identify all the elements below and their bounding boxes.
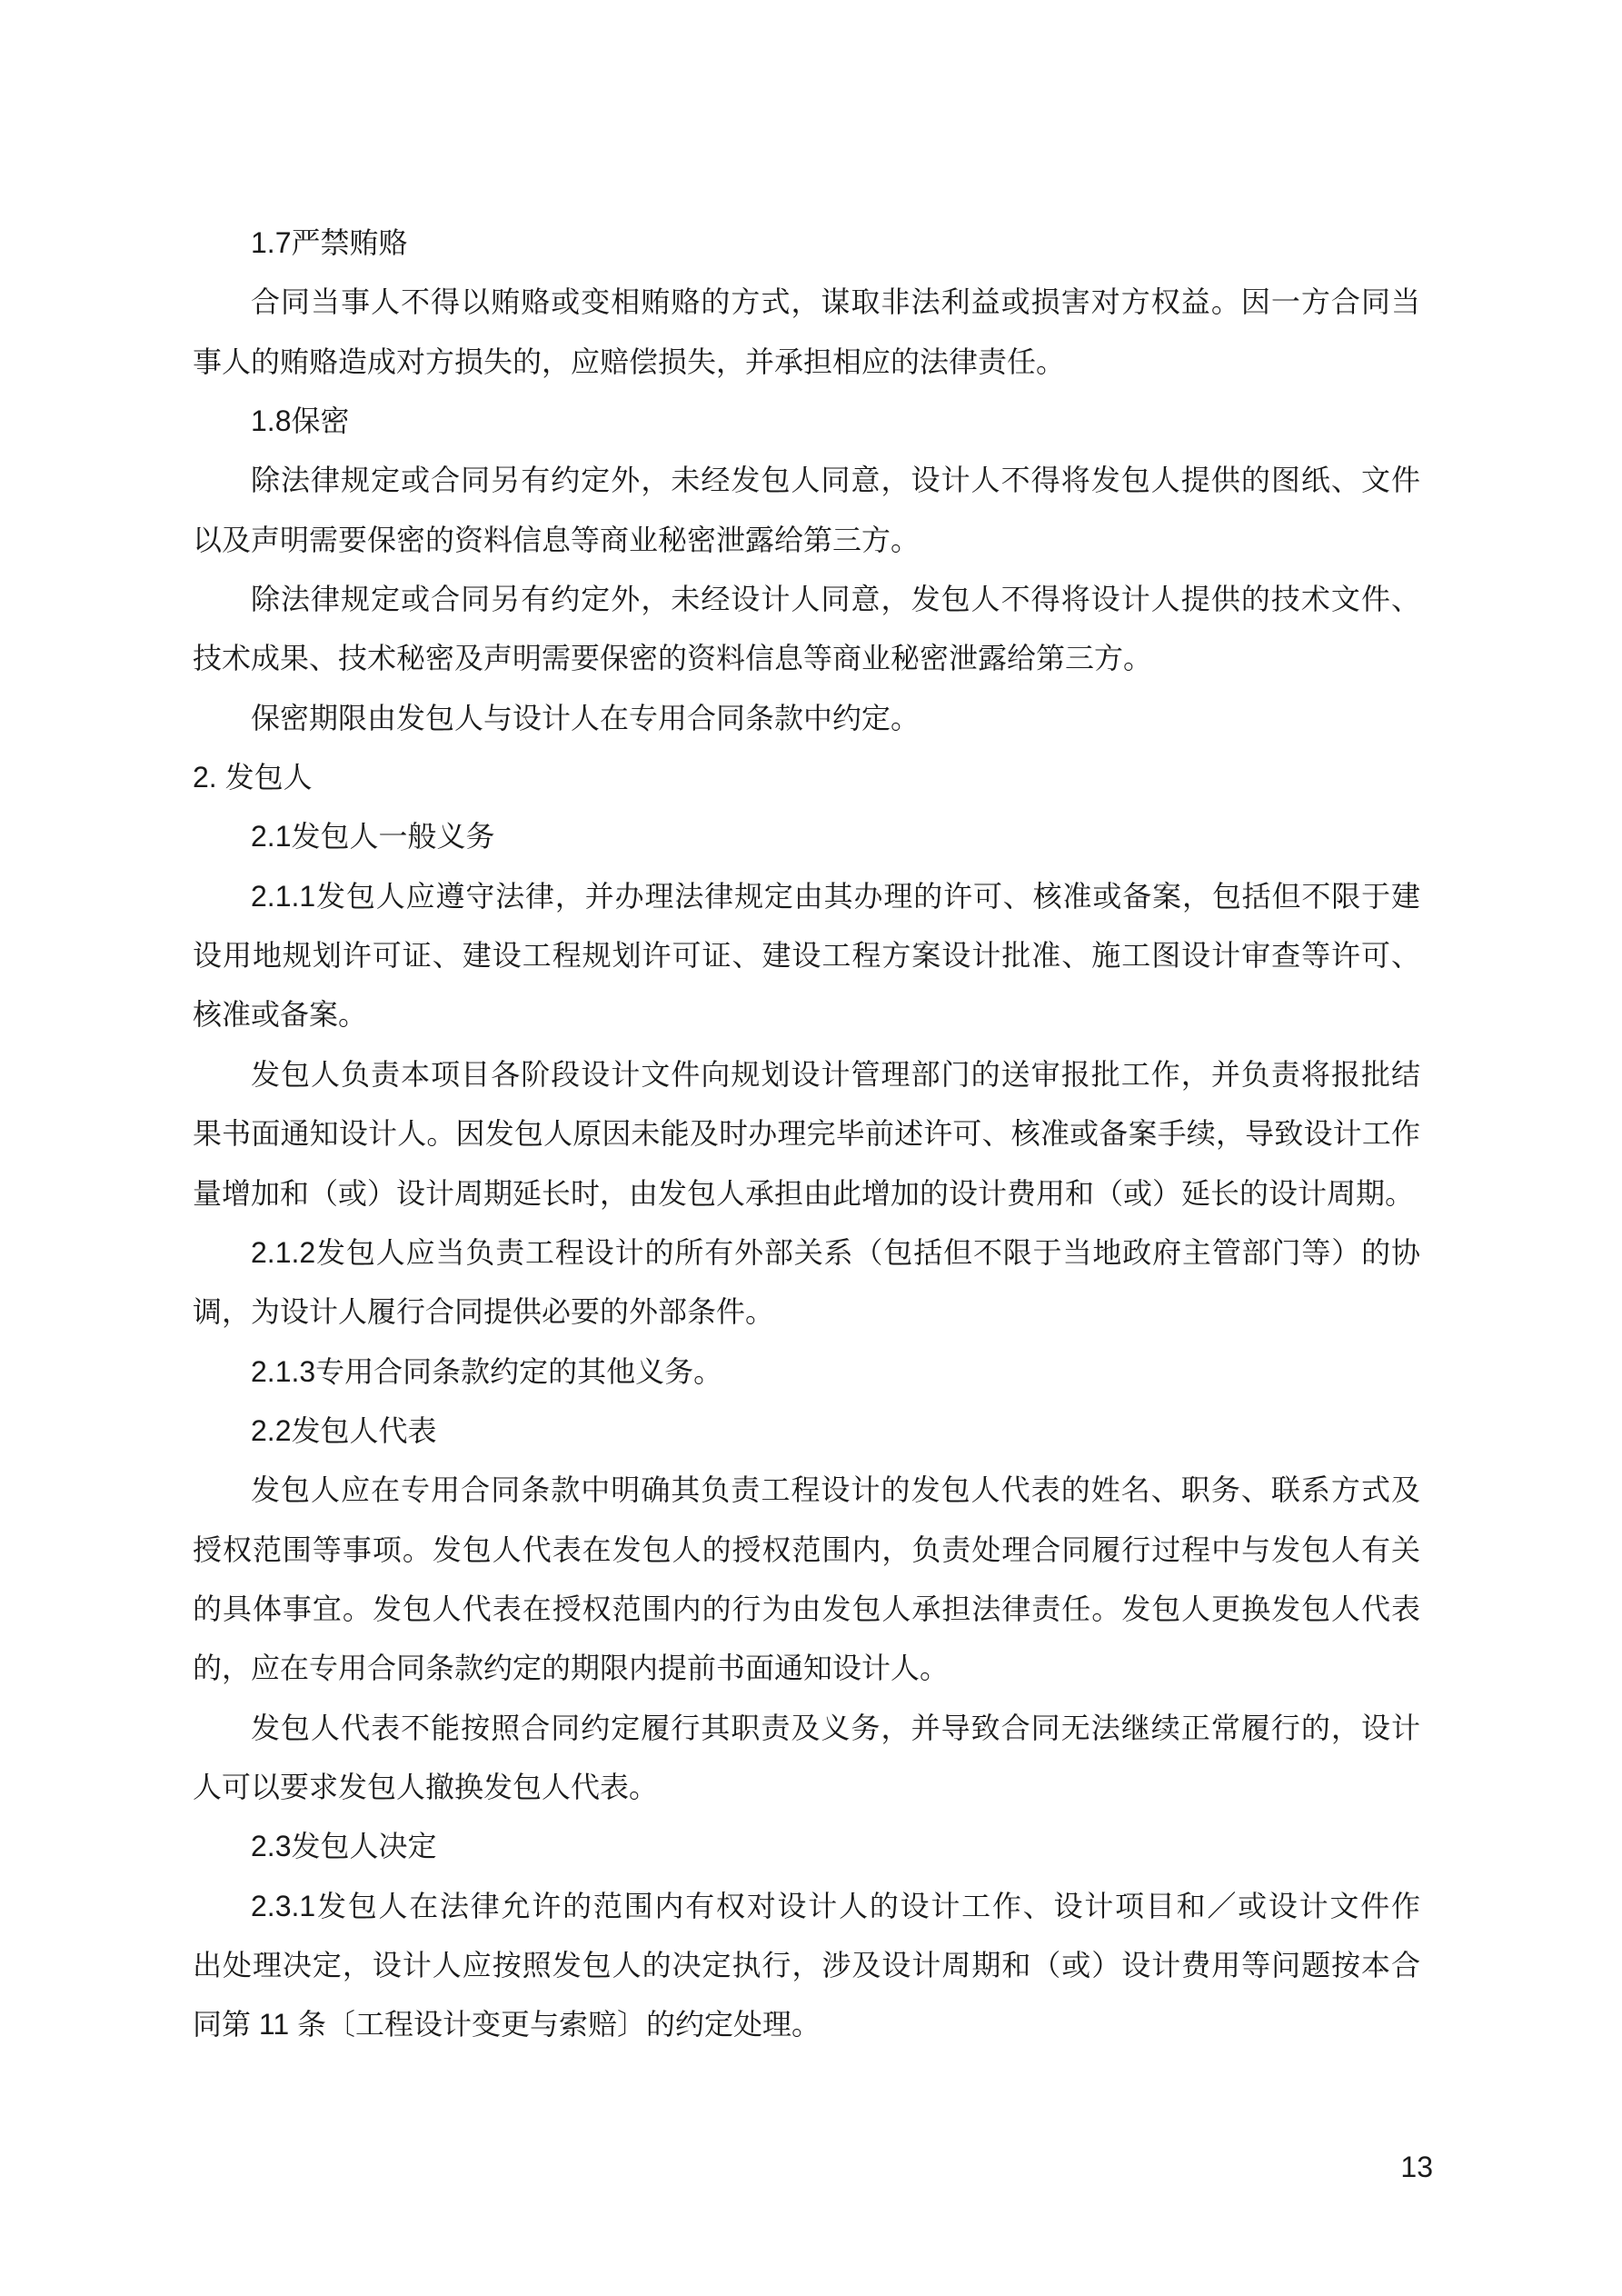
text-line: 果书面通知设计人。因发包人原因未能及时办理完毕前述许可、核准或备案手续，导致设计…	[193, 1104, 1420, 1163]
text-line: 事人的贿赂造成对方损失的，应赔偿损失，并承担相应的法律责任。	[193, 333, 1420, 392]
text-line: 2.3发包人决定	[193, 1817, 1420, 1876]
text-line: 技术成果、技术秘密及声明需要保密的资料信息等商业秘密泄露给第三方。	[193, 629, 1420, 688]
text-line: 2.1.2发包人应当负责工程设计的所有外部关系（包括但不限于当地政府主管部门等）…	[193, 1223, 1420, 1283]
text-line: 2.2发包人代表	[193, 1402, 1420, 1461]
text-line: 2.3.1发包人在法律允许的范围内有权对设计人的设计工作、设计项目和／或设计文件…	[193, 1877, 1420, 1936]
text-line: 调，为设计人履行合同提供必要的外部条件。	[193, 1283, 1420, 1342]
text-line: 以及声明需要保密的资料信息等商业秘密泄露给第三方。	[193, 511, 1420, 570]
page-number: 13	[193, 2147, 1433, 2187]
text-line: 核准或备案。	[193, 985, 1420, 1044]
text-line: 2.1.3专用合同条款约定的其他义务。	[193, 1343, 1420, 1402]
text-line: 的具体事宜。发包人代表在授权范围内的行为由发包人承担法律责任。发包人更换发包人代…	[193, 1580, 1420, 1639]
text-line: 发包人负责本项目各阶段设计文件向规划设计管理部门的送审报批工作，并负责将报批结	[193, 1045, 1420, 1104]
text-line: 出处理决定，设计人应按照发包人的决定执行，涉及设计周期和（或）设计费用等问题按本…	[193, 1936, 1420, 1995]
document-page: 1.7严禁贿赂合同当事人不得以贿赂或变相贿赂的方式，谋取非法利益或损害对方权益。…	[0, 0, 1622, 2296]
text-line: 授权范围等事项。发包人代表在发包人的授权范围内，负责处理合同履行过程中与发包人有…	[193, 1521, 1420, 1580]
text-line: 人可以要求发包人撤换发包人代表。	[193, 1758, 1420, 1817]
text-line: 除法律规定或合同另有约定外，未经发包人同意，设计人不得将发包人提供的图纸、文件	[193, 451, 1420, 510]
document-body: 1.7严禁贿赂合同当事人不得以贿赂或变相贿赂的方式，谋取非法利益或损害对方权益。…	[193, 214, 1420, 2055]
text-line: 发包人代表不能按照合同约定履行其职责及义务，并导致合同无法继续正常履行的，设计	[193, 1699, 1420, 1758]
text-line: 设用地规划许可证、建设工程规划许可证、建设工程方案设计批准、施工图设计审查等许可…	[193, 926, 1420, 985]
text-line: 同第 11 条〔工程设计变更与索赔〕的约定处理。	[193, 1995, 1420, 2054]
text-line: 的，应在专用合同条款约定的期限内提前书面通知设计人。	[193, 1639, 1420, 1698]
text-line: 量增加和（或）设计周期延长时，由发包人承担由此增加的设计费用和（或）延长的设计周…	[193, 1164, 1420, 1223]
text-line: 合同当事人不得以贿赂或变相贿赂的方式，谋取非法利益或损害对方权益。因一方合同当	[193, 273, 1420, 332]
text-line: 1.7严禁贿赂	[193, 214, 1420, 273]
text-line: 1.8保密	[193, 392, 1420, 451]
text-line: 2. 发包人	[193, 748, 1420, 807]
text-line: 发包人应在专用合同条款中明确其负责工程设计的发包人代表的姓名、职务、联系方式及	[193, 1461, 1420, 1520]
text-line: 2.1.1发包人应遵守法律，并办理法律规定由其办理的许可、核准或备案，包括但不限…	[193, 867, 1420, 926]
text-line: 2.1发包人一般义务	[193, 807, 1420, 866]
text-line: 除法律规定或合同另有约定外，未经设计人同意，发包人不得将设计人提供的技术文件、	[193, 570, 1420, 629]
text-line: 保密期限由发包人与设计人在专用合同条款中约定。	[193, 689, 1420, 748]
